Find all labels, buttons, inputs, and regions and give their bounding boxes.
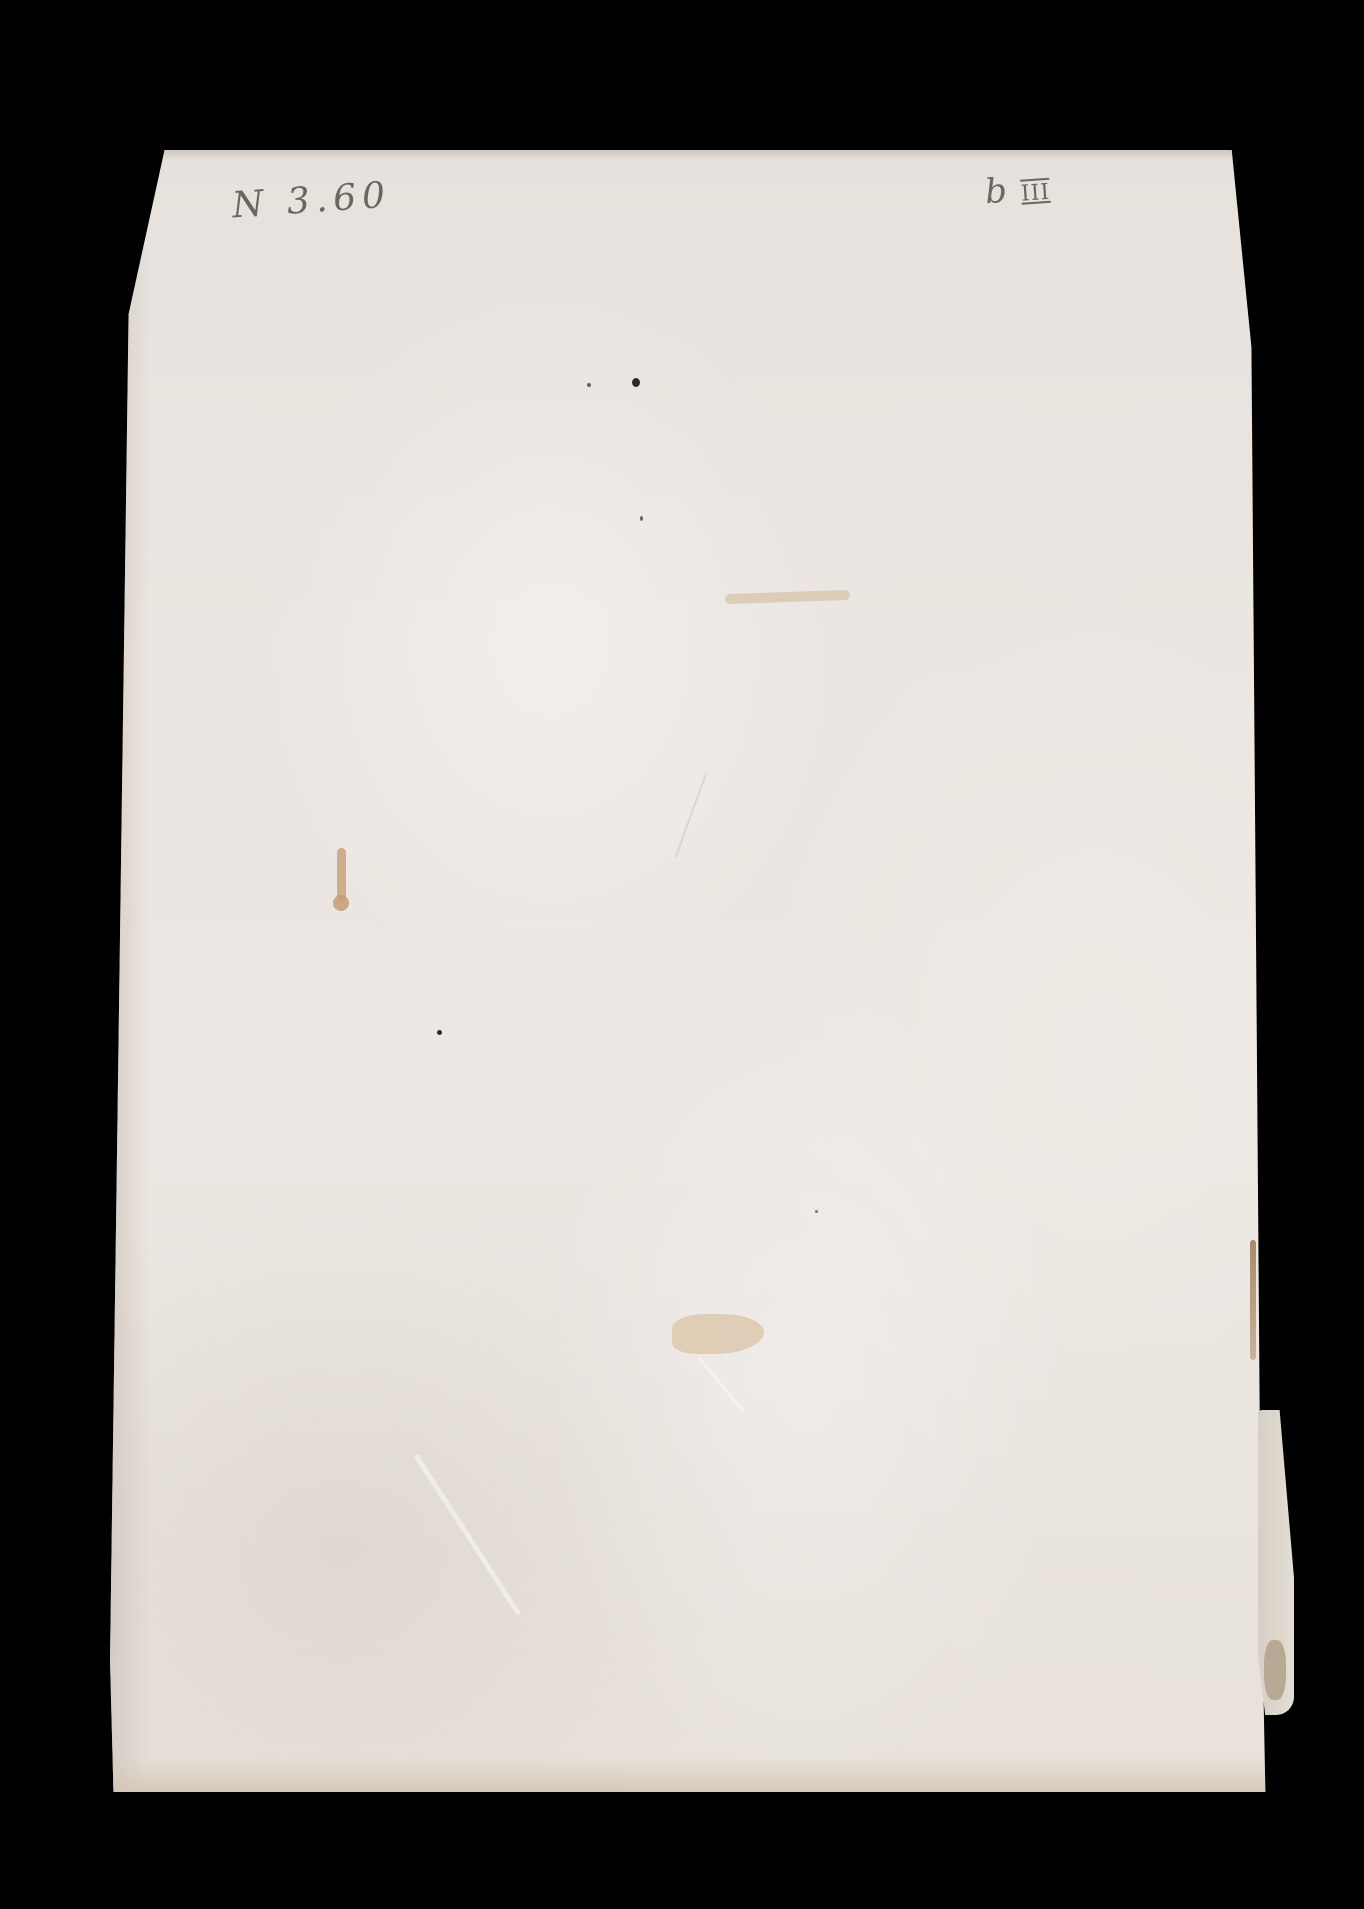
torn-page-curl bbox=[1264, 1640, 1286, 1700]
ink-fleck bbox=[632, 378, 640, 387]
ink-fleck bbox=[587, 383, 591, 387]
photo-stage: N 3.60 bIII bbox=[0, 0, 1364, 1909]
ink-fleck bbox=[815, 1210, 818, 1213]
drip-stain-drop bbox=[333, 895, 349, 911]
handwritten-volume-mark: bIII bbox=[984, 168, 1051, 212]
paper-left-edge bbox=[110, 150, 150, 1792]
volume-letter: b bbox=[984, 170, 1014, 212]
paper-top-edge bbox=[110, 150, 1270, 160]
paper-bottom-edge bbox=[110, 1758, 1270, 1792]
ink-fleck bbox=[437, 1030, 442, 1035]
drip-stain bbox=[337, 848, 346, 900]
paper-cover bbox=[110, 150, 1270, 1792]
spine-tear bbox=[1250, 1240, 1256, 1360]
ink-fleck bbox=[640, 516, 643, 521]
volume-roman-numeral: III bbox=[1020, 180, 1051, 207]
